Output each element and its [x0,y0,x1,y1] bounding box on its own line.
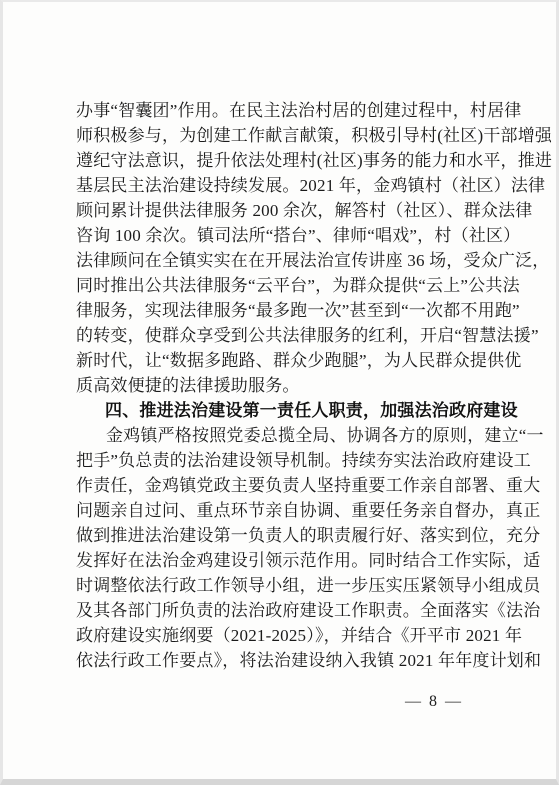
paragraph2-line: 依法行政工作要点》，将法治建设纳入我镇 2021 年年度计划和 [76,648,482,673]
paragraph2-line: 作责任，金鸡镇党政主要负责人坚持重要工作亲自部署、重大 [76,473,482,498]
paragraph1-line: 咨询 100 余次。镇司法所“搭台”、律师“唱戏”，村（社区） [76,223,482,248]
paragraph1-line: 顾问累计提供法律服务 200 余次，解答村（社区）、群众法律 [76,198,482,223]
section-heading: 四、推进法治建设第一责任人职责，加强法治政府建设 [76,398,482,423]
paragraph2-line: 把手”负总责的法治建设领导机制。持续夯实法治政府建设工 [76,448,482,473]
paragraph2-line: 发挥好在法治金鸡建设引领示范作用。同时结合工作实际，适 [76,548,482,573]
scanned-document-page: 办事“智囊团”作用。在民主法治村居的创建过程中，村居律 师积极参与，为创建工作献… [0,0,559,785]
paragraph2-line: 政府建设实施纲要（2021-2025）》，并结合《开平市 2021 年 [76,623,482,648]
paragraph1-line: 遵纪守法意识，提升依法处理村(社区)事务的能力和水平，推进 [76,148,482,173]
paragraph2-line: 问题亲自过问、重点环节亲自协调、重要任务亲自督办，真正 [76,498,482,523]
paragraph1-line: 的转变，使群众享受到公共法律服务的红利，开启“智慧法援” [76,323,482,348]
paragraph2-line: 金鸡镇严格按照党委总揽全局、协调各方的原则，建立“一 [76,423,482,448]
document-body: 办事“智囊团”作用。在民主法治村居的创建过程中，村居律 师积极参与，为创建工作献… [76,98,482,673]
paragraph1-line: 办事“智囊团”作用。在民主法治村居的创建过程中，村居律 [76,98,482,123]
paragraph1-line: 基层民主法治建设持续发展。2021 年，金鸡镇村（社区）法律 [76,173,482,198]
paragraph1-line: 质高效便捷的法律援助服务。 [76,373,482,398]
paragraph1-line: 同时推出公共法律服务“云平台”，为群众提供“云上”公共法 [76,273,482,298]
page-number: — 8 — [405,693,463,711]
paragraph1-line: 律服务，实现法律服务“最多跑一次”甚至到“一次都不用跑” [76,298,482,323]
paragraph2-line: 时调整依法行政工作领导小组，进一步压实压紧领导小组成员 [76,573,482,598]
paragraph1-line: 新时代，让“数据多跑路、群众少跑腿”，为人民群众提供优 [76,348,482,373]
paragraph2-line: 做到推进法治建设第一负责人的职责履行好、落实到位，充分 [76,523,482,548]
paragraph1-line: 法律顾问在全镇实实在在开展法治宣传讲座 36 场，受众广泛， [76,248,482,273]
paragraph1-line: 师积极参与，为创建工作献言献策，积极引导村(社区)干部增强 [76,123,482,148]
paragraph2-line: 及其各部门所负责的法治政府建设工作职责。全面落实《法治 [76,598,482,623]
